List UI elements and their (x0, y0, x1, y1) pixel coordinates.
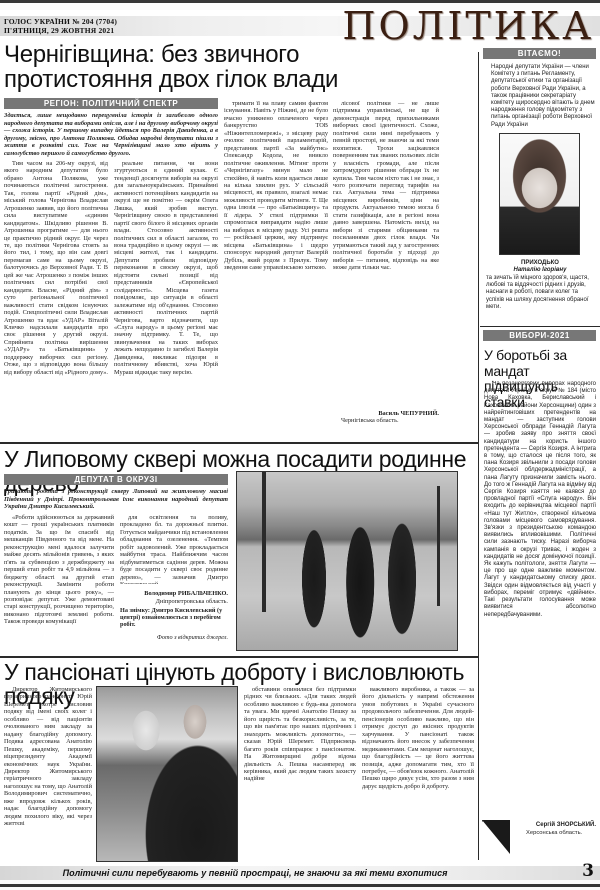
article1-column-1: Тим часом на 206-му окрузі, від якого на… (4, 160, 108, 440)
article1-author: Василь ЧЕПУРНИЙ. (333, 410, 439, 417)
article2-photo-caption: На знімку: Дмитро Кисилевський (у центрі… (120, 607, 228, 629)
article1-lead: Здається, лише нещодавно перецумніла іст… (4, 112, 218, 158)
article3-photo (96, 686, 238, 862)
greeting-rubric: ВІТАЄМО! (483, 48, 596, 59)
article3-column-1: Директор Житомирського геріатричного пан… (4, 686, 92, 862)
article2-column-2: для освітлення та поливу, прокладено бл.… (120, 514, 228, 584)
article1-column-3: тримати її на плаву самим фактом існуван… (224, 100, 328, 440)
article2-photo-credit: Фото з відкритих джерел. (120, 634, 228, 641)
top-border (0, 0, 600, 3)
article2-lead: Тривають роботи з реконструкції скверу Л… (4, 488, 228, 511)
article2-column-1: «Роботи здійснюються за державний кошт —… (4, 514, 114, 650)
greeting-text: Народні депутати України — члени Комітет… (491, 64, 595, 129)
elections-region: Херсонська область. (526, 830, 596, 837)
divider (0, 442, 478, 444)
person-name: Наталію Ігорівну (484, 267, 596, 274)
section-title: ПОЛІТИКА (342, 6, 594, 46)
divider (0, 656, 478, 658)
article1-region: Чернігівська область. (333, 417, 439, 424)
article2-region: Дніпропетровська область. (120, 598, 228, 605)
page-number: 3 (582, 861, 594, 881)
person-photo (499, 133, 580, 255)
greeting-wishes: та зичать їй міцного здоров'я, щастя, лю… (486, 275, 594, 311)
elections-text: На позачергових виборах народного депута… (484, 381, 596, 803)
issue-info: ГОЛОС УКРАЇНИ № 204 (7704) П'ЯТНИЦЯ, 29 … (4, 17, 117, 35)
article1-rubric: РЕГІОН: ПОЛІТИЧНИЙ СПЕКТР (4, 98, 218, 109)
article3-column-2: обставини опинилися без підтримки рідних… (244, 686, 356, 862)
issue-number: ГОЛОС УКРАЇНИ № 204 (7704) (4, 17, 117, 26)
article3-column-3: важливого виробника, а також — за його д… (362, 686, 474, 862)
lamp-post (262, 472, 266, 612)
bottom-border (0, 884, 600, 887)
article1-column-4: лісової політики — не лише підтримка упр… (333, 100, 439, 440)
sidebar-divider (480, 326, 600, 327)
page-fold-icon (482, 820, 512, 856)
lamp-post (437, 486, 440, 606)
issue-date: П'ЯТНИЦЯ, 29 ЖОВТНЯ 2021 (4, 26, 117, 35)
article1-column-2: реальне питання, чи вони згуртуються в є… (114, 160, 218, 440)
article2-photo (236, 471, 458, 651)
elections-rubric: ВИБОРИ-2021 (483, 330, 596, 341)
article2-author: Володимир РИБАЛЬЧЕНКО. (120, 590, 228, 597)
article1-headline: Чернігівщина: без звичного протистояння … (4, 42, 424, 92)
footer-quote: Політичні сили перебувають у певній прос… (0, 866, 510, 880)
article2-rubric: ДЕПУТАТ В ОКРУЗІ (4, 474, 228, 485)
column-divider (478, 52, 479, 860)
elections-author: Сергій ЗНОРСЬКИЙ. (520, 822, 596, 829)
